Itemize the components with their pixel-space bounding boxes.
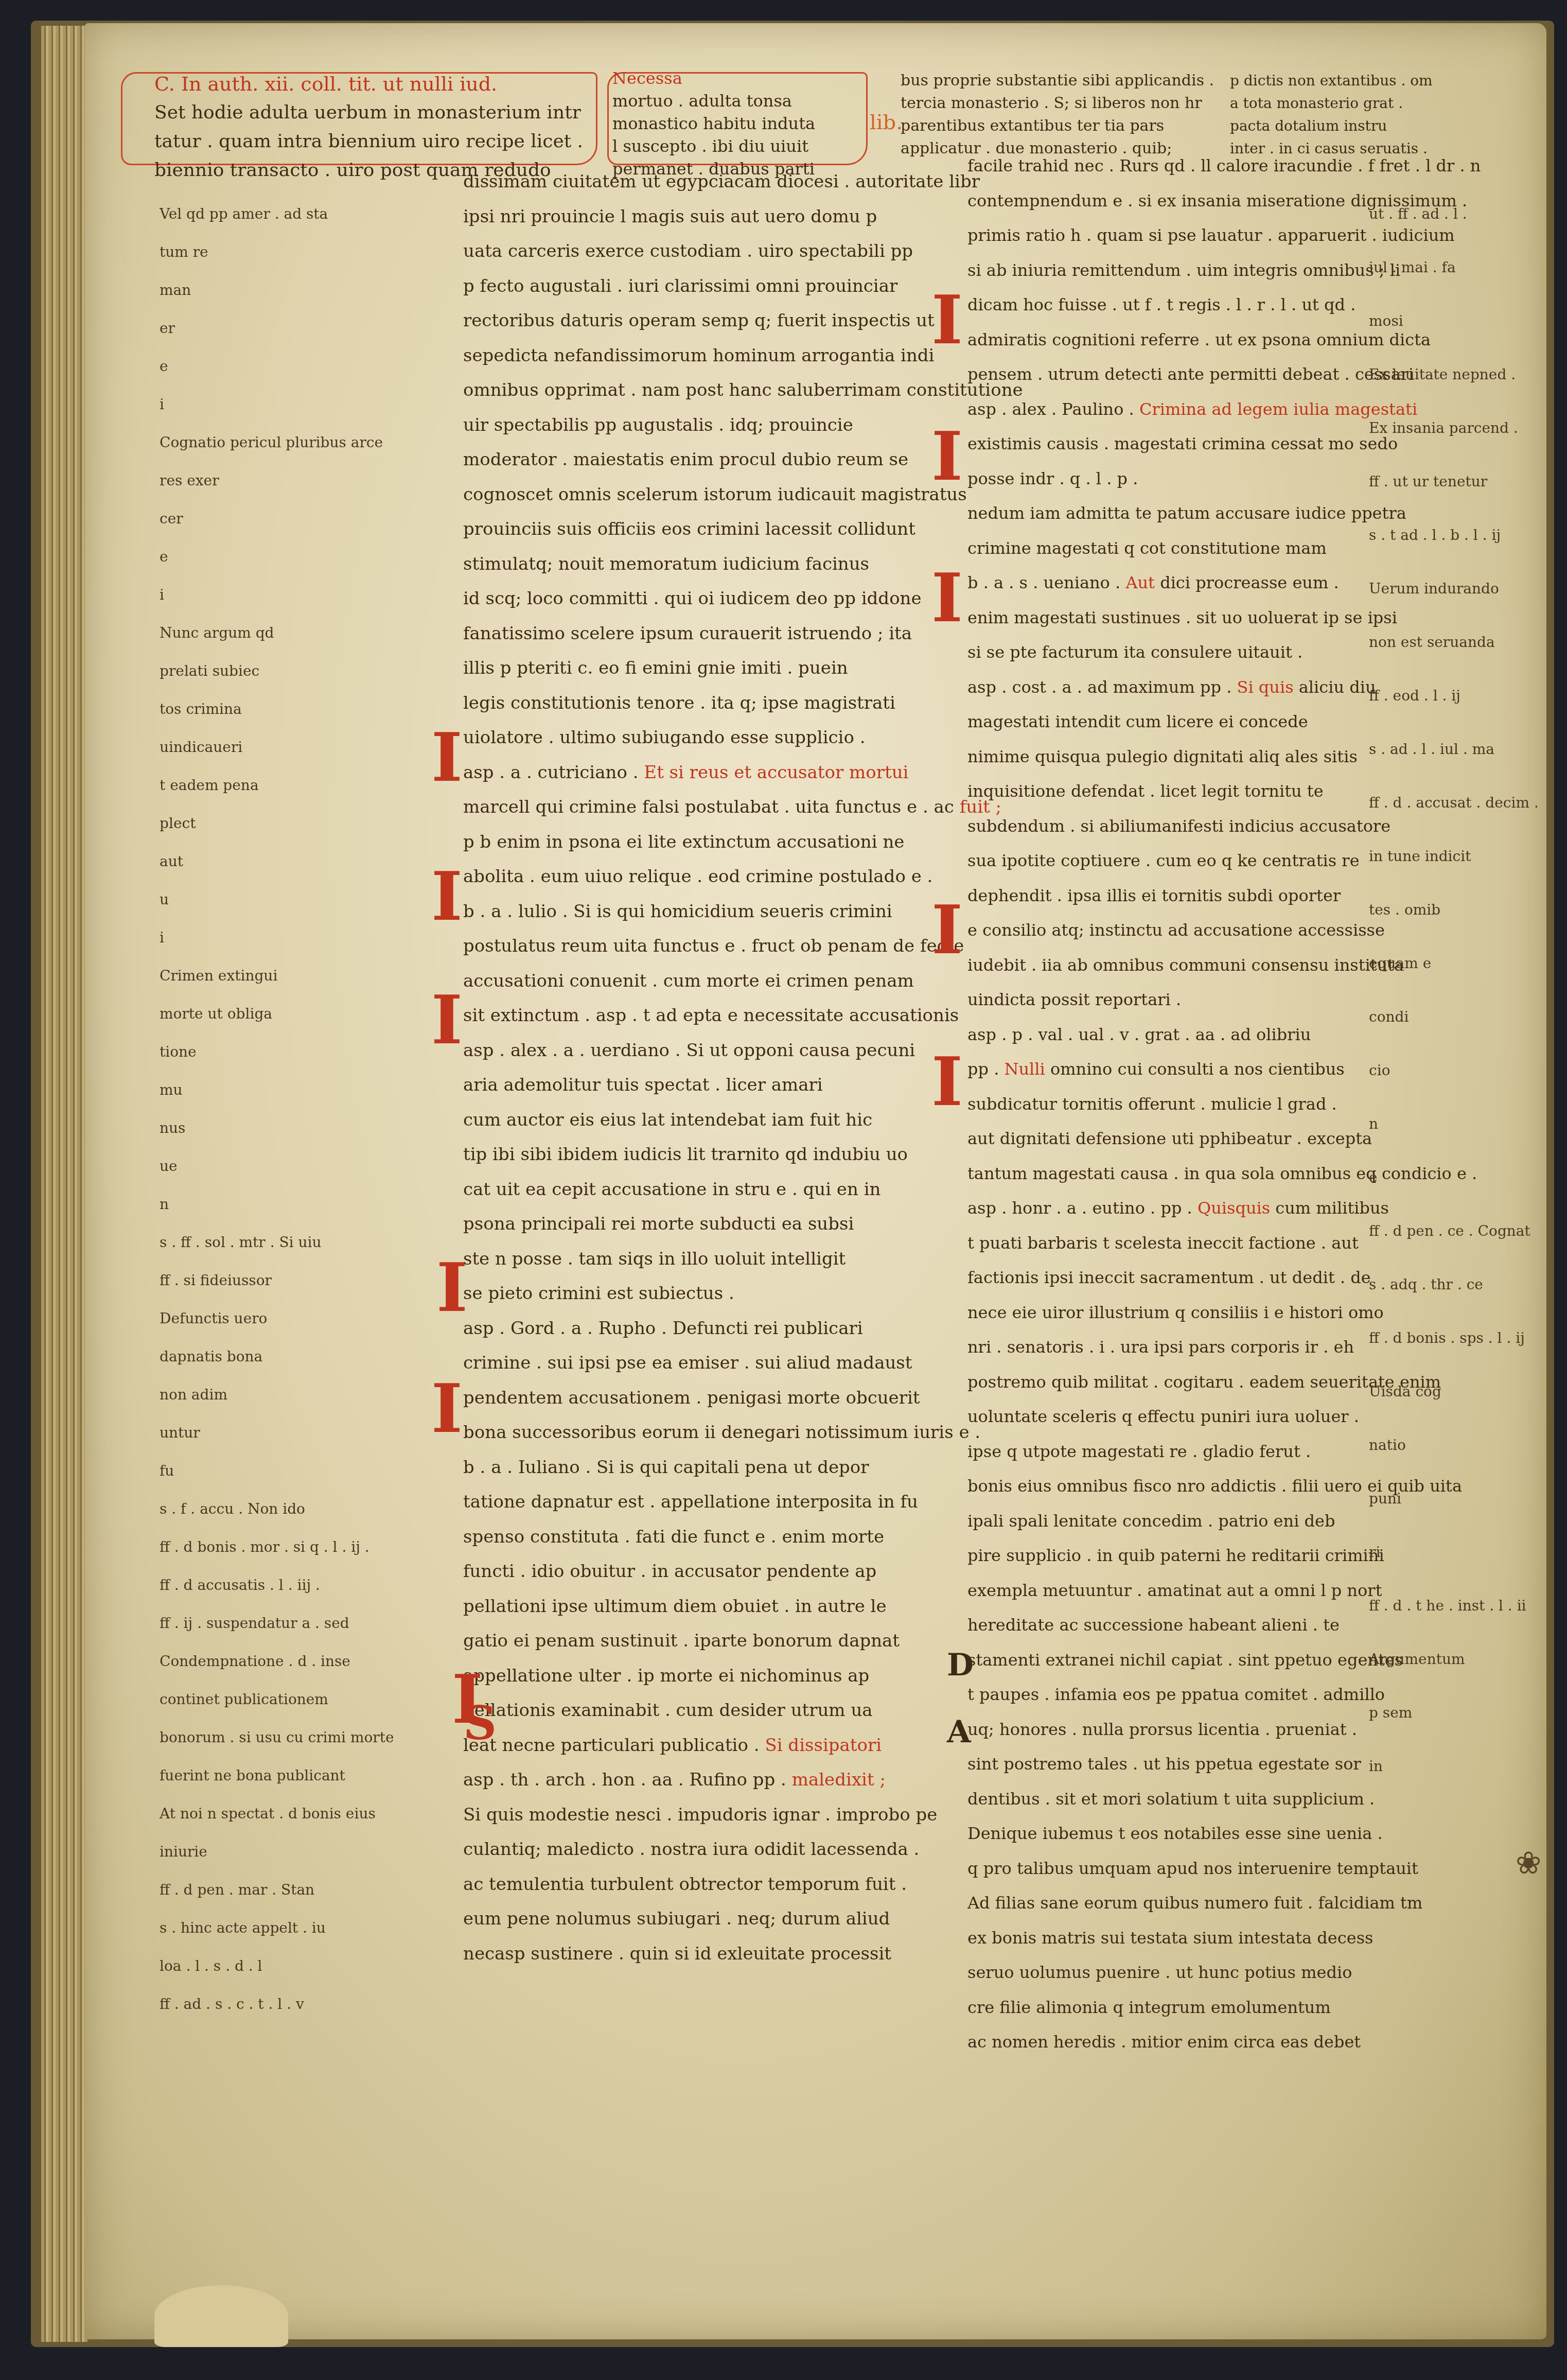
- margin-gloss: iul . mai . fa: [1369, 257, 1539, 278]
- text-line: dissimam ciuitatem ut egypciacam diocesi…: [463, 165, 1023, 200]
- margin-gloss: ff . d bonis . sps . l . ij: [1369, 1327, 1539, 1349]
- text-line: Si quis modestie nesci . impudoris ignar…: [463, 1798, 1023, 1833]
- margin-gloss: ff . d pen . ce . Cognat: [1369, 1220, 1539, 1242]
- margin-gloss: ff . si fideiussor: [160, 1270, 394, 1291]
- margin-gloss: ff . d pen . mar . Stan: [160, 1879, 394, 1901]
- margin-gloss: bonorum . si usu cu crimi morte: [160, 1727, 394, 1748]
- text-line: legis constitutionis tenore . ita q; ips…: [463, 686, 1023, 721]
- text-line: se pieto crimini est subiectus .: [463, 1276, 1023, 1311]
- header-rubric: Necessa: [612, 67, 815, 90]
- margin-gloss: e: [1369, 1167, 1539, 1188]
- margin-gloss: ue: [160, 1156, 394, 1177]
- header-line: a tota monasterio grat .: [1230, 92, 1433, 115]
- margin-gloss: t eadem pena: [160, 775, 394, 796]
- margin-gloss: mu: [160, 1079, 394, 1101]
- margin-gloss: Uisda cog: [1369, 1381, 1539, 1403]
- text-line: uata carceris exerce custodiam . uiro sp…: [463, 234, 1023, 269]
- initial-letter-I: I: [431, 981, 463, 1059]
- text-line: tip ibi sibi ibidem iudicis lit trarnito…: [463, 1137, 1023, 1172]
- text-line: ipsi nri prouincie l magis suis aut uero…: [463, 200, 1023, 235]
- text-line: necasp sustinere . quin si id exleuitate…: [463, 1937, 1023, 1972]
- margin-gloss: i: [160, 584, 394, 606]
- margin-gloss: i: [160, 927, 394, 949]
- margin-gloss: non est seruanda: [1369, 632, 1539, 653]
- text-line: facile trahid nec . Rurs qd . ll calore …: [967, 149, 1481, 184]
- margin-gloss: Defunctis uero: [160, 1308, 394, 1329]
- initial-letter-A: A: [947, 1714, 971, 1750]
- initial-letter-I: I: [931, 1042, 963, 1121]
- text-line: cat uit ea cepit accusatione in stru e .…: [463, 1172, 1023, 1207]
- margin-gloss: e: [160, 356, 394, 377]
- page-stack-edge: [41, 26, 87, 2342]
- text-line: p b enim in psona ei lite extinctum accu…: [463, 825, 1023, 860]
- header-box-far-right-text: p dictis non extantibus . om a tota mona…: [1230, 69, 1433, 160]
- header-line: l suscepto . ibi diu uiuit: [612, 135, 815, 157]
- text-line: b . a . Iuliano . Si is qui capitali pen…: [463, 1450, 1023, 1485]
- margin-gloss: equam e: [1369, 953, 1539, 974]
- text-line: sit extinctum . asp . t ad epta e necess…: [463, 999, 1023, 1034]
- margin-gloss: ri: [1369, 1542, 1539, 1563]
- initial-letter-I: I: [431, 1369, 463, 1448]
- margin-gloss: n: [1369, 1113, 1539, 1135]
- margin-gloss: non adim: [160, 1384, 394, 1406]
- text-line: ste n posse . tam siqs in illo uoluit in…: [463, 1242, 1023, 1277]
- text-line: abolita . eum uiuo relique . eod crimine…: [463, 860, 1023, 895]
- margin-gloss: Argumentum: [1369, 1649, 1539, 1670]
- text-line: culantiq; maledicto . nostra iura odidit…: [463, 1832, 1023, 1867]
- margin-gloss: morte ut obliga: [160, 1003, 394, 1025]
- text-line: eum pene nolumus subiugari . neq; durum …: [463, 1902, 1023, 1937]
- initial-letter-S: S: [463, 1696, 497, 1751]
- text-line: functi . idio obuitur . in accusator pen…: [463, 1554, 1023, 1589]
- header-box-middle-text: Necessa mortuo . adulta tonsa monastico …: [612, 67, 815, 180]
- header-line: parentibus extantibus ter tia pars: [901, 115, 1214, 137]
- margin-gloss: man: [160, 279, 394, 301]
- margin-gloss: s . f . accu . Non ido: [160, 1498, 394, 1520]
- text-line: cre filie alimonia q integrum emolumentu…: [967, 1991, 1481, 2026]
- margin-gloss: Vel qd pp amer . ad sta: [160, 203, 394, 225]
- text-line: pendentem accusationem . penigasi morte …: [463, 1381, 1023, 1416]
- text-line: gatio ei penam sustinuit . iparte bonoru…: [463, 1624, 1023, 1659]
- margin-gloss: uindicaueri: [160, 737, 394, 758]
- text-line: crimine . sui ipsi pse ea emiser . sui a…: [463, 1346, 1023, 1381]
- initial-letter-I: I: [431, 718, 463, 797]
- margin-gloss: Nunc argum qd: [160, 622, 394, 644]
- lib-label: lib.: [870, 111, 903, 134]
- header-line: monastico habitu induta: [612, 112, 815, 135]
- margin-gloss: mosi: [1369, 310, 1539, 332]
- margin-gloss: fu: [160, 1460, 394, 1482]
- margin-gloss: in tune indicit: [1369, 846, 1539, 867]
- margin-gloss: cer: [160, 508, 394, 530]
- margin-gloss: dapnatis bona: [160, 1346, 394, 1368]
- text-line: seruo uolumus puenire . ut hunc potius m…: [967, 1956, 1481, 1991]
- margin-gloss: Condempnatione . d . inse: [160, 1651, 394, 1672]
- margin-gloss: natio: [1369, 1434, 1539, 1456]
- margin-gloss: tione: [160, 1041, 394, 1063]
- margin-gloss: iniurie: [160, 1841, 394, 1863]
- text-line: ex bonis matris sui testata sium intesta…: [967, 1921, 1481, 1956]
- margin-gloss: tos crimina: [160, 698, 394, 720]
- margin-gloss: ff . ij . suspendatur a . sed: [160, 1613, 394, 1634]
- margin-gloss: ff . d . t he . inst . l . ii: [1369, 1595, 1539, 1617]
- margin-gloss: continet publicationem: [160, 1689, 394, 1710]
- text-line: Ad filias sane eorum quibus numero fuit …: [967, 1886, 1481, 1921]
- margin-gloss: loa . l . s . d . l: [160, 1955, 394, 1977]
- text-line: illis p pteriti c. eo fi emini gnie imit…: [463, 651, 1023, 686]
- initial-letter-I: I: [931, 890, 963, 969]
- text-line: pellationi ipse ultimum diem obuiet . in…: [463, 1589, 1023, 1624]
- margin-gloss: Ex leuitate nepned .: [1369, 364, 1539, 386]
- initial-letter-I: I: [436, 1248, 468, 1327]
- text-line: leat necne particulari publicatio . Si d…: [463, 1728, 1023, 1763]
- text-line: asp . th . arch . hon . aa . Rufino pp .…: [463, 1763, 1023, 1798]
- margin-gloss: nus: [160, 1117, 394, 1139]
- margin-gloss: s . ad . l . iul . ma: [1369, 739, 1539, 760]
- rosette-icon: ❀: [1516, 1845, 1541, 1881]
- header-line: mortuo . adulta tonsa: [612, 90, 815, 112]
- margin-gloss: res exer: [160, 470, 394, 492]
- header-box-right-text: bus proprie substantie sibi applicandis …: [901, 69, 1214, 160]
- margin-gloss: Ex insania parcend .: [1369, 417, 1539, 439]
- initial-letter-D: D: [947, 1647, 974, 1683]
- initial-letter-I: I: [931, 417, 963, 496]
- initial-letter-I: I: [931, 558, 963, 637]
- margin-gloss: s . adq . thr . ce: [1369, 1274, 1539, 1296]
- margin-gloss: cio: [1369, 1060, 1539, 1081]
- margin-gloss: Uerum indurando: [1369, 578, 1539, 600]
- right-margin-glosses: ut . ff . ad . l .iul . mai . famosiEx l…: [1369, 203, 1539, 1809]
- text-line: ac nomen heredis . mitior enim circa eas…: [967, 2025, 1481, 2060]
- text-line: q pro talibus umquam apud nos interuenir…: [967, 1852, 1481, 1887]
- page-tear: [154, 2285, 288, 2347]
- header-rubric: C. In auth. xii. coll. tit. ut nulli iud…: [154, 69, 583, 98]
- text-line: asp . Gord . a . Rupho . Defuncti rei pu…: [463, 1311, 1023, 1346]
- header-line: tatur . quam intra biennium uiro recipe …: [154, 127, 583, 156]
- margin-gloss: n: [160, 1194, 394, 1215]
- margin-gloss: ff . ut ur tenetur: [1369, 471, 1539, 493]
- margin-gloss: in: [1369, 1756, 1539, 1777]
- margin-gloss: u: [160, 889, 394, 911]
- margin-gloss: tes . omib: [1369, 899, 1539, 921]
- margin-gloss: condi: [1369, 1006, 1539, 1028]
- margin-gloss: s . ff . sol . mtr . Si uiu: [160, 1232, 394, 1253]
- margin-gloss: i: [160, 394, 394, 415]
- text-line: appellatione ulter . ip morte ei nichomi…: [463, 1659, 1023, 1694]
- text-line: tatione dapnatur est . appellatione inte…: [463, 1485, 1023, 1520]
- margin-gloss: At noi n spectat . d bonis eius: [160, 1803, 394, 1825]
- margin-gloss: Crimen extingui: [160, 965, 394, 987]
- text-line: marcell qui crimine falsi postulabat . u…: [463, 790, 1023, 825]
- margin-gloss: puni: [1369, 1488, 1539, 1510]
- margin-gloss: ff . d . accusat . decim .: [1369, 792, 1539, 814]
- margin-gloss: prelati subiec: [160, 660, 394, 682]
- margin-gloss: ff . ad . s . c . t . l . v: [160, 1993, 394, 2015]
- header-line: tercia monasterio . S; si liberos non hr: [901, 92, 1214, 115]
- initial-letter-I: I: [931, 281, 963, 359]
- text-line: spenso constituta . fati die funct e . e…: [463, 1520, 1023, 1555]
- text-line: omnibus opprimat . nam post hanc saluber…: [463, 373, 1023, 408]
- text-line: bona successoribus eorum ii denegari not…: [463, 1415, 1023, 1450]
- left-margin-glosses: Vel qd pp amer . ad statum remanereiCogn…: [160, 203, 394, 2032]
- initial-letter-I: I: [431, 857, 463, 936]
- margin-gloss: untur: [160, 1422, 394, 1444]
- text-line: psona principali rei morte subducti ea s…: [463, 1207, 1023, 1242]
- margin-gloss: plect: [160, 813, 394, 834]
- text-line: asp . a . cutriciano . Et si reus et acc…: [463, 756, 1023, 791]
- header-line: pacta dotalium instru: [1230, 115, 1433, 137]
- header-line: bus proprie substantie sibi applicandis …: [901, 69, 1214, 92]
- margin-gloss: ff . d bonis . mor . si q . l . ij .: [160, 1536, 394, 1558]
- margin-gloss: er: [160, 318, 394, 339]
- text-line: pellationis examinabit . cum desider utr…: [463, 1693, 1023, 1728]
- header-line: Set hodie adulta uerbum in monasterium i…: [154, 98, 583, 127]
- text-line: Denique iubemus t eos notabiles esse sin…: [967, 1817, 1481, 1852]
- margin-gloss: fuerint ne bona publicant: [160, 1765, 394, 1787]
- margin-gloss: aut: [160, 851, 394, 872]
- margin-gloss: p sem: [1369, 1702, 1539, 1724]
- margin-gloss: e: [160, 546, 394, 568]
- margin-gloss: s . t ad . l . b . l . ij: [1369, 524, 1539, 546]
- margin-gloss: ut . ff . ad . l .: [1369, 203, 1539, 225]
- text-line: uiolatore . ultimo subiugando esse suppl…: [463, 721, 1023, 756]
- text-line: prouinciis suis officiis eos crimini lac…: [463, 512, 1023, 547]
- margin-gloss: s . hinc acte appelt . iu: [160, 1917, 394, 1939]
- margin-gloss: ff . eod . l . ij: [1369, 685, 1539, 707]
- margin-gloss: Cognatio pericul pluribus arce: [160, 432, 394, 453]
- margin-gloss: ff . d accusatis . l . iij .: [160, 1574, 394, 1596]
- header-line: p dictis non extantibus . om: [1230, 69, 1433, 92]
- margin-gloss: tum re: [160, 241, 394, 263]
- text-line: ac temulentia turbulent obtrector tempor…: [463, 1867, 1023, 1902]
